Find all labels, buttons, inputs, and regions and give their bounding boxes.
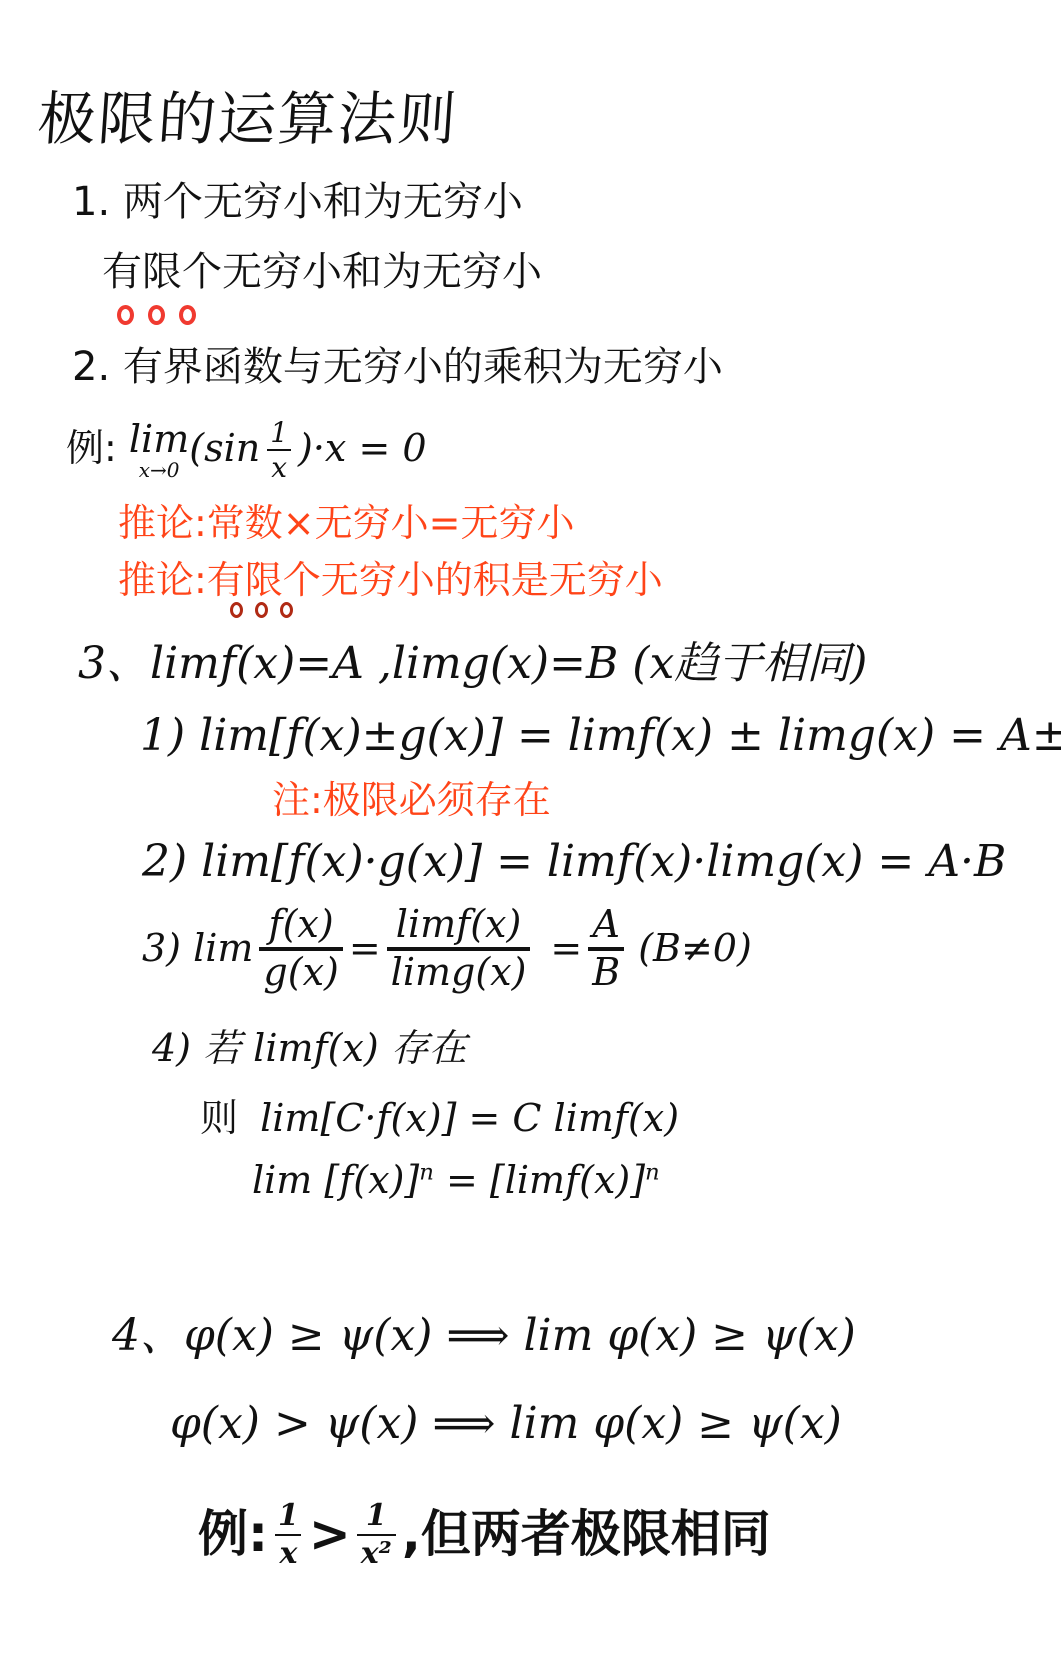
frac-num: 1 — [274, 1500, 303, 1534]
rule2-statement: 2. 有界函数与无穷小的乘积为无穷小 — [72, 345, 723, 389]
emphasis-dots — [117, 305, 196, 325]
frac-num: limf(x) — [392, 905, 526, 947]
rule1-line1: 1. 两个无穷小和为无穷小 — [72, 180, 523, 224]
expr-post: )·x = 0 — [298, 426, 427, 470]
frac-num: f(x) — [265, 905, 338, 947]
page-title: 极限的运算法则 — [36, 88, 460, 152]
limit-operator: lim x→0 — [129, 420, 189, 480]
corollary-1: 推论:常数×无穷小=无穷小 — [118, 503, 574, 545]
frac-den: g(x) — [259, 947, 342, 993]
emphasis-dot-icon — [280, 602, 293, 618]
rule3-item1-note: 注:极限必须存在 — [272, 780, 551, 822]
rule3-item2: 2) lim[f(x)·g(x)] = limf(x)·limg(x) = A·… — [142, 838, 1006, 886]
example-conclusion: ,但两者极限相同 — [402, 1507, 771, 1562]
fraction-1-over-x2: 1x² — [357, 1500, 396, 1569]
power-rhs: = [limf(x)] — [434, 1158, 645, 1202]
rule2-example: 例: lim x→0 (sin1x)·x = 0 — [66, 418, 427, 483]
rule3-item4-then2: lim [f(x)]n = [limf(x)]n — [252, 1160, 660, 1202]
emphasis-dot-icon — [255, 602, 268, 618]
example-label: 例: — [198, 1507, 268, 1562]
lim-subscript: x→0 — [139, 460, 180, 480]
frac-den: B — [588, 947, 624, 993]
fraction-fg: f(x)g(x) — [259, 905, 342, 993]
example-label: 例: — [66, 426, 117, 470]
corollary-2: 推论:有限个无穷小的积是无穷小 — [118, 560, 663, 602]
frac-den: x — [275, 1534, 301, 1570]
emphasis-dot-icon — [148, 305, 165, 325]
exponent: n — [645, 1159, 660, 1185]
frac-den: limg(x) — [387, 947, 531, 993]
expr-pre: (sin — [189, 426, 260, 470]
condition: (B≠0) — [638, 928, 752, 970]
rule3-item4-if: 4) 若 limf(x) 存在 — [152, 1028, 467, 1070]
equals: = — [550, 928, 582, 970]
frac-den: x — [267, 449, 291, 482]
rule4-example: 例: 1x > 1x² ,但两者极限相同 — [198, 1500, 771, 1569]
frac-num: 1 — [362, 1500, 391, 1534]
emphasis-dot-icon — [230, 602, 243, 618]
fraction-1-over-x: 1x — [274, 1500, 303, 1569]
fraction-lim: limf(x)limg(x) — [387, 905, 531, 993]
rule3-premise: 3、limf(x)=A ,limg(x)=B (x趋于相同) — [78, 640, 867, 688]
equals: = — [349, 928, 381, 970]
rule3-item1: 1) lim[f(x)±g(x)] = limf(x) ± limg(x) = … — [140, 712, 1061, 760]
rule4-line1: 4、φ(x) ≥ ψ(x) ⟹ lim φ(x) ≥ ψ(x) — [112, 1312, 856, 1360]
then-label: 则 — [200, 1096, 238, 1140]
rule4-line2: φ(x) > ψ(x) ⟹ lim φ(x) ≥ ψ(x) — [170, 1400, 842, 1448]
greater-than: > — [309, 1507, 351, 1562]
frac-num: 1 — [266, 418, 292, 449]
exponent: n — [419, 1159, 434, 1185]
then-formula-1: lim[C·f(x)] = C limf(x) — [260, 1096, 679, 1140]
emphasis-dots-2 — [230, 602, 293, 618]
rule3-item4-then: 则 lim[C·f(x)] = C limf(x) — [200, 1098, 679, 1140]
emphasis-dot-icon — [179, 305, 196, 325]
lim-text: lim — [129, 420, 189, 458]
rule1-line2: 有限个无穷小和为无穷小 — [102, 250, 542, 294]
power-lhs: lim [f(x)] — [252, 1158, 419, 1202]
fraction: 1x — [266, 418, 292, 483]
frac-num: A — [589, 905, 624, 947]
fraction-ab: AB — [588, 905, 624, 993]
item3-label: 3) lim — [142, 928, 253, 970]
rule3-item3: 3) lim f(x)g(x) = limf(x)limg(x) = AB (B… — [142, 905, 752, 993]
frac-den: x² — [357, 1534, 396, 1570]
emphasis-dot-icon — [117, 305, 134, 325]
